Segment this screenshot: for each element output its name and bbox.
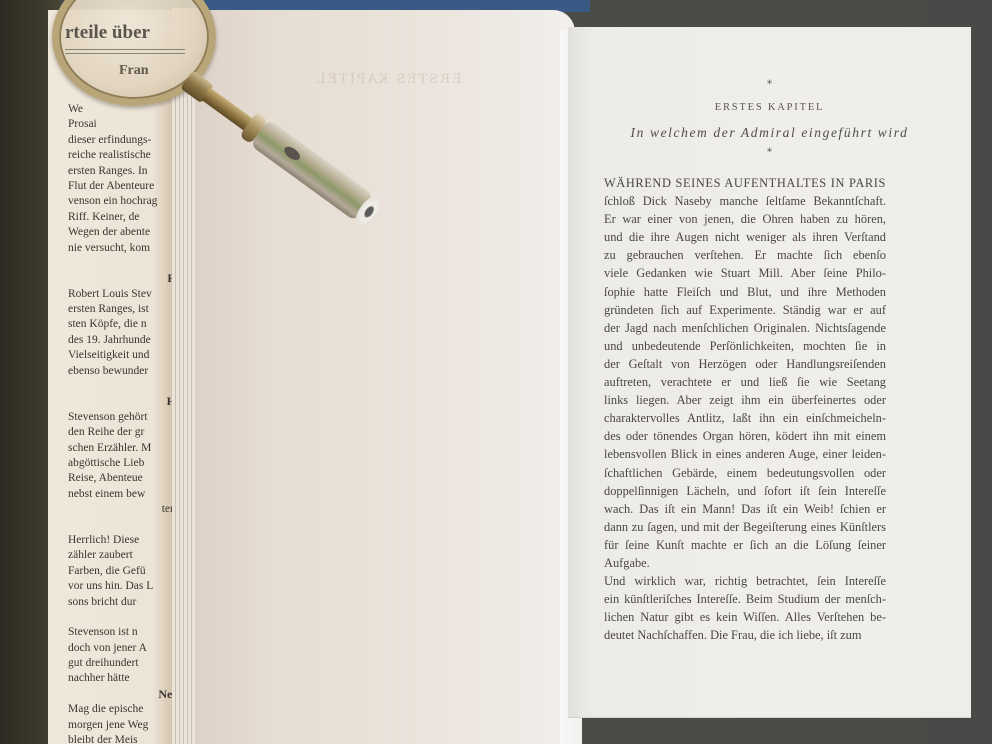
text-line: doppelſinnigen Lächeln, und ſofort iſt ſ… <box>604 482 886 500</box>
magnified-double-rule <box>65 49 185 54</box>
text-line: links liegen. Aber zeigt ihm ein überfei… <box>604 391 886 409</box>
magnified-text-line-1: rteile über <box>65 22 150 44</box>
text-line: viele Gedanken wie Stuart Mill. Aber ſei… <box>604 264 886 282</box>
text-line: lichen Natur gibt es kein Wiſſen. Alles … <box>604 608 886 626</box>
text-line: dann zu ſagen, und mit der Begeiſterung … <box>604 518 886 536</box>
text-line: wach. Das iſt ein Mann! Das iſt ein Weib… <box>604 500 886 518</box>
text-line: ein künſtleriſches Intereſſe. Beim Studi… <box>604 590 886 608</box>
right-page: * ERSTES KAPITEL In welchem der Admiral … <box>568 27 971 717</box>
ornament-star-top: * <box>568 79 971 90</box>
text-line: lebensvollen Blick in eines anderen Auge… <box>604 445 886 463</box>
text-line: WÄHREND SEINES AUFENTHALTES IN PARIS <box>604 174 886 192</box>
chapter-subtitle: In welchem der Admiral eingeführt wird <box>568 125 971 141</box>
text-line: zu gebrauchen verſtehen. Er machte ſich … <box>604 246 886 264</box>
text-line: und die ihre Augen nicht weniger als ihr… <box>604 228 886 246</box>
text-line: der Geſtalt von Herzögen oder Handlungsr… <box>604 355 886 373</box>
chapter-body-text: WÄHREND SEINES AUFENTHALTES IN PARISſchl… <box>604 174 886 644</box>
text-line: Und wirklich war, richtig betrachtet, ſe… <box>604 572 886 590</box>
text-line: und unbedeutende Perſönlichkeiten, mocht… <box>604 337 886 355</box>
text-line: ſophie hatte Fleiſch und Blut, und ihre … <box>604 283 886 301</box>
chapter-label: ERSTES KAPITEL <box>568 102 971 113</box>
text-line: ſchloß Dick Naseby manche ſeltſame Bekan… <box>604 192 886 210</box>
text-line: charaktervolles Antlitz, laßt ihn ein ei… <box>604 409 886 427</box>
text-line: der Jagd nach menſchlichen Originalen. N… <box>604 319 886 337</box>
text-line: Er war einer von jenen, die Ohren haben … <box>604 210 886 228</box>
text-line: deutet Nachſchaffen. Die Frau, die ich l… <box>604 626 886 644</box>
text-line: ſchaftlichen Gebärde, einem bedeutungsvo… <box>604 464 886 482</box>
text-line: des oder tönendes Organ hören, ködert ih… <box>604 427 886 445</box>
ornament-star-bottom: * <box>568 147 971 158</box>
text-line: für ſeine Kunſt machte er ſich an die Lö… <box>604 536 886 554</box>
magnified-text-line-2: Fran <box>119 63 149 79</box>
show-through-header: ERSTES KAPITEL <box>315 72 462 87</box>
text-line: auftreten, verachtete er und ließ ſie wi… <box>604 373 886 391</box>
text-line: Aufgabe. <box>604 554 886 572</box>
text-line: gründeten ſich auf Experimente. Ständig … <box>604 301 886 319</box>
